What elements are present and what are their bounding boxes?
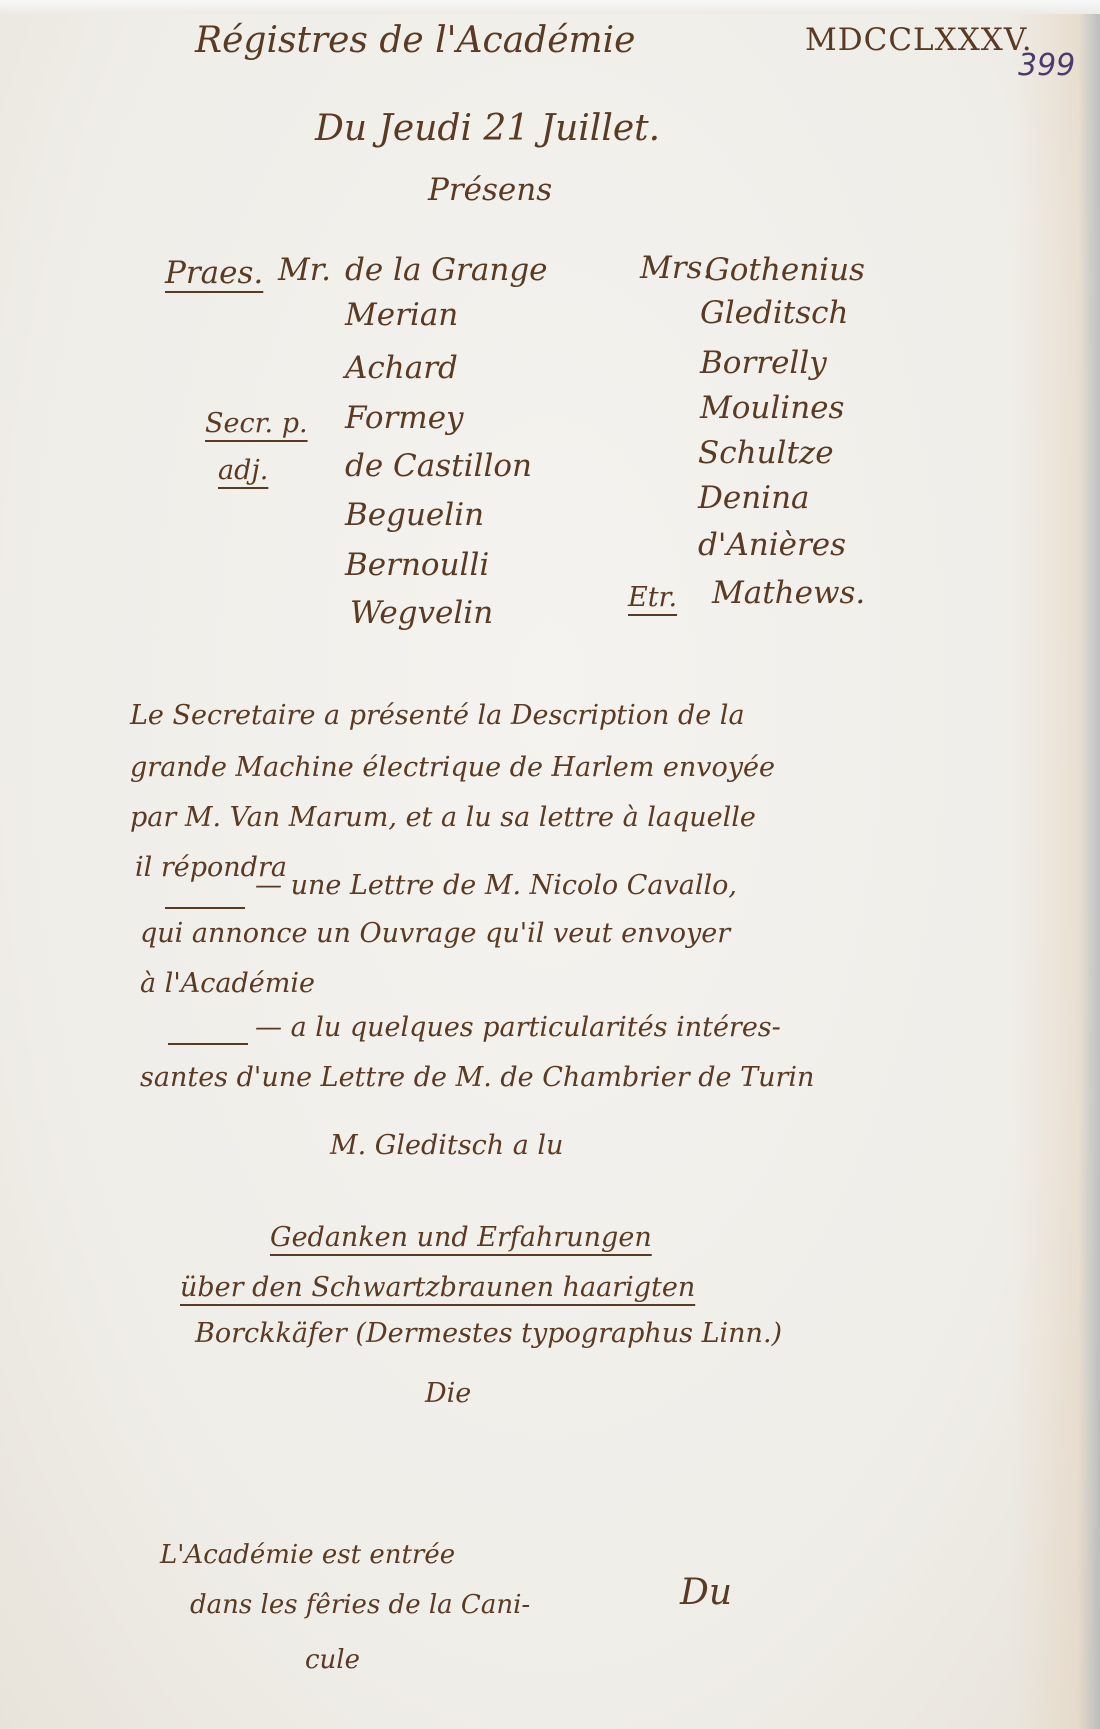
minutes-line: — une Lettre de M. Nicolo Cavallo, — [255, 870, 737, 901]
minutes-line: grande Machine électrique de Harlem envo… — [130, 752, 775, 783]
signature: Du — [680, 1572, 732, 1613]
attendee-name: Gleditsch — [700, 295, 848, 331]
attendee-name: Borrelly — [700, 345, 827, 381]
minutes-line: à l'Académie — [140, 968, 315, 999]
attendee-name: Mathews. — [712, 575, 865, 611]
page-top-edge — [0, 0, 1100, 14]
attendee-name: Denina — [698, 480, 810, 516]
presens-label: Présens — [428, 172, 552, 208]
role-secretary: Secr. p. — [205, 408, 308, 439]
attendee-name: Merian — [345, 297, 458, 333]
closing-line: cule — [305, 1645, 360, 1675]
closing-line: dans les fêries de la Cani- — [190, 1590, 530, 1620]
minutes-line: santes d'une Lettre de M. de Chambrier d… — [140, 1062, 814, 1093]
separator-dash — [165, 907, 245, 909]
treatise-title-line: über den Schwartzbraunen haarigten — [180, 1272, 695, 1303]
role-etranger: Etr. — [628, 582, 677, 613]
reading-intro: M. Gleditsch a lu — [330, 1130, 563, 1161]
attendee-name: Formey — [345, 400, 464, 436]
attendee-name: Gothenius — [705, 252, 865, 288]
attendee-name: d'Anières — [698, 527, 846, 563]
minutes-line: Le Secretaire a présenté la Description … — [130, 700, 745, 731]
minutes-line: par M. Van Marum, et a lu sa lettre à la… — [130, 802, 756, 833]
attendee-name: de la Grange — [345, 252, 548, 288]
treatise-tail: Die — [425, 1378, 471, 1409]
treatise-title-line: Gedanken und Erfahrungen — [270, 1222, 652, 1253]
folio-number: 399 — [1018, 48, 1075, 83]
attendee-name: Wegvelin — [350, 595, 493, 631]
closing-line: L'Académie est entrée — [160, 1540, 455, 1570]
role-praes: Praes. — [165, 255, 263, 291]
attendee-name: Moulines — [700, 390, 844, 426]
minutes-line: qui annonce un Ouvrage qu'il veut envoye… — [140, 918, 730, 949]
attendee-name: de Castillon — [345, 448, 532, 484]
attendee-name: Beguelin — [345, 497, 484, 533]
minutes-line: — a lu quelques particularités intéres- — [255, 1012, 781, 1043]
attendee-name: Achard — [345, 350, 458, 386]
treatise-title-line: Borckkäfer (Dermestes typographus Linn.) — [195, 1318, 782, 1349]
role-adjunct: adj. — [218, 455, 268, 486]
register-title: Régistres de l'Académie — [195, 20, 635, 61]
attendee-name: Bernoulli — [345, 547, 489, 583]
date-line: Du Jeudi 21 Juillet. — [315, 108, 660, 149]
attendee-name: Schultze — [698, 435, 834, 471]
separator-dash — [168, 1043, 248, 1045]
year-roman: MDCCLXXXV. — [805, 22, 1033, 58]
prefix-mr: Mr. — [278, 252, 331, 288]
prefix-mrs: Mrs. — [640, 250, 712, 286]
